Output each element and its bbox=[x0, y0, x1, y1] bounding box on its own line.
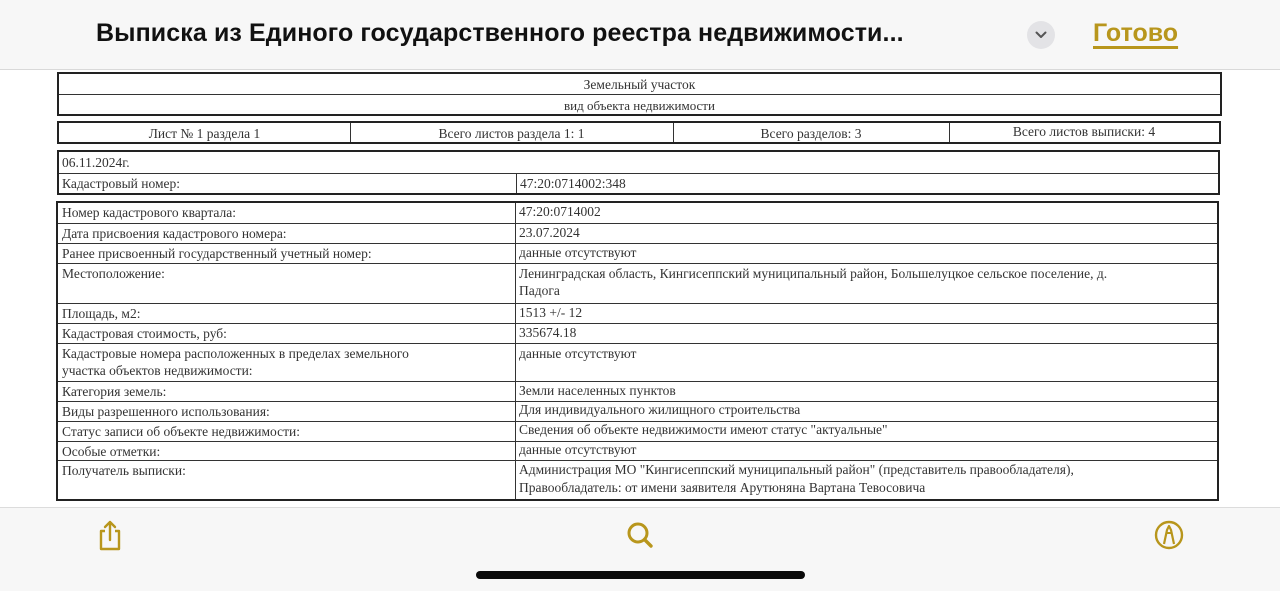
section-sheets-total: Всего листов раздела 1: 1 bbox=[350, 126, 673, 142]
cadastral-number-value: 47:20:0714002:348 bbox=[520, 176, 626, 192]
cadastral-number-label: Кадастровый номер: bbox=[62, 176, 180, 192]
search-button[interactable] bbox=[623, 518, 657, 552]
table-row: Статус записи об объекте недвижимости: С… bbox=[58, 421, 1217, 441]
home-indicator[interactable] bbox=[476, 571, 805, 579]
table-row: Виды разрешенного использования: Для инд… bbox=[58, 401, 1217, 421]
property-details-table: Номер кадастрового квартала: 47:20:07140… bbox=[56, 201, 1219, 501]
table-row: Местоположение: Ленинградская область, К… bbox=[58, 263, 1217, 303]
chevron-down-icon bbox=[1035, 31, 1047, 39]
share-icon bbox=[93, 518, 127, 552]
table-row: Дата присвоения кадастрового номера: 23.… bbox=[58, 223, 1217, 243]
table-row: Площадь, м2: 1513 +/- 12 bbox=[58, 303, 1217, 323]
expand-title-button[interactable] bbox=[1027, 21, 1055, 49]
table-row: Кадастровые номера расположенных в преде… bbox=[58, 343, 1217, 381]
markup-pen-icon bbox=[1152, 518, 1186, 552]
share-button[interactable] bbox=[93, 518, 127, 552]
table-row: Ранее присвоенный государственный учетны… bbox=[58, 243, 1217, 263]
sections-total: Всего разделов: 3 bbox=[673, 126, 949, 142]
top-bar: Выписка из Единого государственного реес… bbox=[0, 0, 1280, 70]
date-cadastral-block: 06.11.2024г. Кадастровый номер: 47:20:07… bbox=[57, 150, 1220, 195]
document-title: Выписка из Единого государственного реес… bbox=[96, 19, 904, 48]
object-name: Земельный участок bbox=[59, 77, 1220, 93]
extract-sheets-total: Всего листов выписки: 4 bbox=[949, 124, 1219, 140]
extract-date: 06.11.2024г. bbox=[62, 155, 130, 171]
sheet-number: Лист № 1 раздела 1 bbox=[59, 126, 350, 142]
done-button[interactable]: Готово bbox=[1093, 19, 1178, 48]
table-row: Номер кадастрового квартала: 47:20:07140… bbox=[58, 203, 1217, 223]
table-row: Особые отметки: данные отсутствуют bbox=[58, 441, 1217, 460]
search-icon bbox=[623, 518, 657, 552]
document-page: Земельный участок вид объекта недвижимос… bbox=[0, 70, 1280, 507]
table-row: Получатель выписки: Администрация МО "Ки… bbox=[58, 460, 1217, 499]
sheet-info-row: Лист № 1 раздела 1 Всего листов раздела … bbox=[57, 121, 1221, 144]
object-kind-block: Земельный участок вид объекта недвижимос… bbox=[57, 72, 1222, 116]
table-row: Категория земель: Земли населенных пункт… bbox=[58, 381, 1217, 401]
object-kind-caption: вид объекта недвижимости bbox=[59, 98, 1220, 114]
table-row: Кадастровая стоимость, руб: 335674.18 bbox=[58, 323, 1217, 343]
markup-button[interactable] bbox=[1152, 518, 1186, 552]
